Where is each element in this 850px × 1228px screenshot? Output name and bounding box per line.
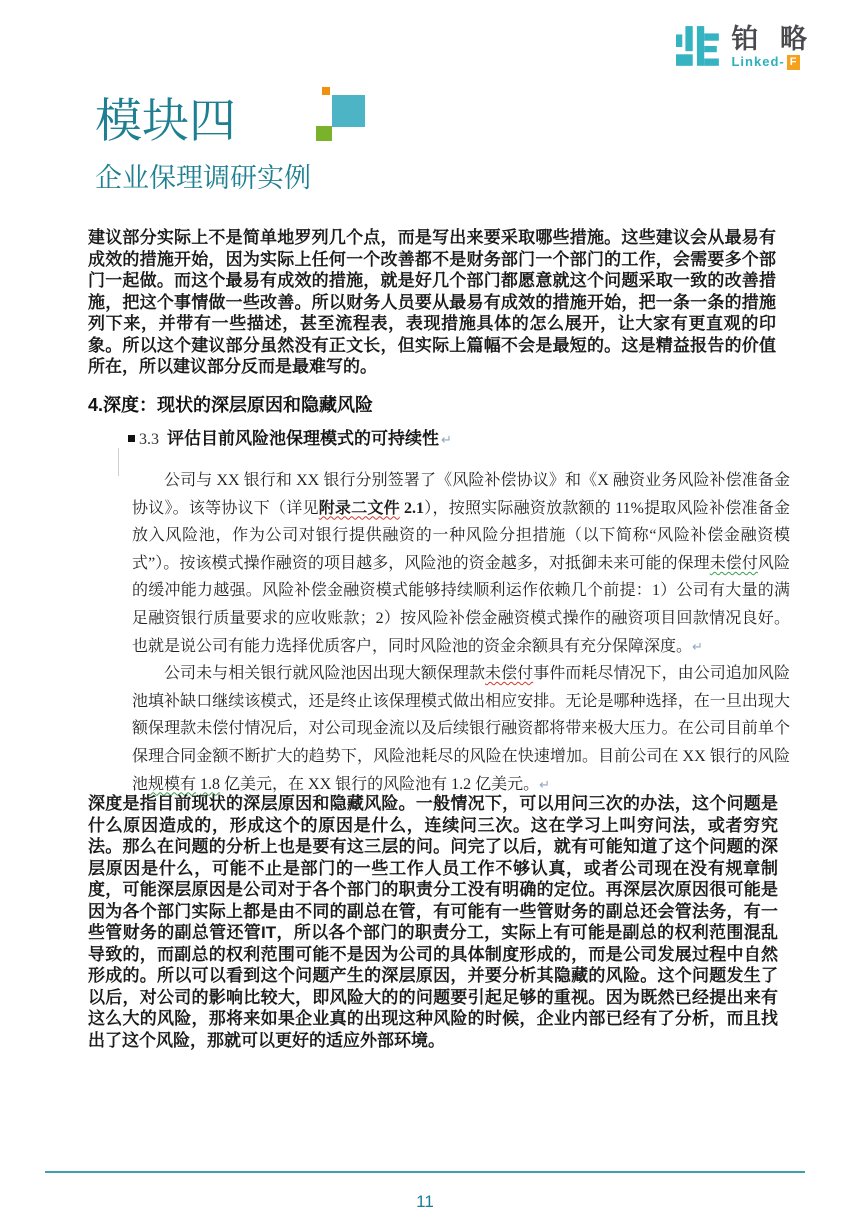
text-segment: 附录二文件 (319, 500, 400, 517)
depth-paragraph: 深度是指目前现状的深层原因和隐藏风险。一般情况下，可以用问三次的办法，这个问题是… (88, 793, 778, 1051)
brand-logo: 铂 略 Linked- F (676, 24, 814, 70)
footer-divider (45, 1171, 805, 1173)
text-segment: 未偿付 (485, 665, 533, 682)
text-segment: 规模有 (148, 776, 196, 793)
intro-paragraph: 建议部分实际上不是简单地罗列几个点，而是写出来要采取哪些措施。这些建议会从最易有… (88, 227, 776, 378)
text-segment: 未偿付 (710, 555, 758, 572)
brand-name-linked: Linked- (731, 54, 784, 70)
screenshot-edge-artifact (118, 448, 119, 476)
list-square-bullet (128, 435, 135, 442)
text-segment: 2.1 (400, 500, 424, 517)
brand-f-badge: F (787, 55, 801, 70)
decor-square-orange (322, 87, 330, 95)
text-segment: 事件而耗尽情况下，由公司追加风险池填补缺口继续该模式，还是终止该保理模式做出相应… (132, 665, 790, 792)
subsection-heading: 3.3评估目前风险池保理模式的可持续性↵ (128, 428, 792, 451)
text-segment: ↵ (692, 639, 703, 654)
decor-square-teal (332, 95, 365, 127)
paragraph-mark-icon: ↵ (441, 432, 452, 447)
text-segment: ↵ (539, 777, 550, 792)
subsection-number: 3.3 (139, 431, 159, 448)
text-segment: 公司未与相关银行就风险池因出现大额保理款 (164, 665, 485, 682)
decor-square-green (316, 126, 332, 141)
brand-name-chinese: 铂 略 (731, 24, 814, 54)
embedded-word-screenshot: 3.3评估目前风险池保理模式的可持续性↵ 公司与 XX 银行和 XX 银行分别签… (118, 428, 792, 798)
brand-logo-text: 铂 略 Linked- F (731, 24, 814, 70)
brand-name-english: Linked- F (731, 54, 814, 70)
page-number: 11 (0, 1192, 850, 1212)
page-title: 模块四 (95, 92, 236, 152)
page-subtitle: 企业保理调研实例 (95, 162, 311, 196)
word-paragraph-2: 公司未与相关银行就风险池因出现大额保理款未偿付事件而耗尽情况下，由公司追加风险池… (118, 660, 792, 798)
text-segment: 亿美元，在 XX 银行的风险池有 1.2 亿美元。 (220, 776, 539, 793)
subsection-title: 评估目前风险池保理模式的可持续性 (167, 429, 439, 448)
word-paragraph-1: 公司与 XX 银行和 XX 银行分别签署了《风险补偿协议》和《X 融资业务风险补… (118, 467, 792, 660)
section-heading-depth: 4.深度：现状的深层原因和隐藏风险 (88, 394, 373, 416)
linked-f-logo-icon (676, 24, 722, 70)
document-page: 铂 略 Linked- F 模块四 企业保理调研实例 建议部分实际上不是简单地罗… (0, 0, 850, 1228)
text-segment: 1.8 (200, 776, 220, 793)
